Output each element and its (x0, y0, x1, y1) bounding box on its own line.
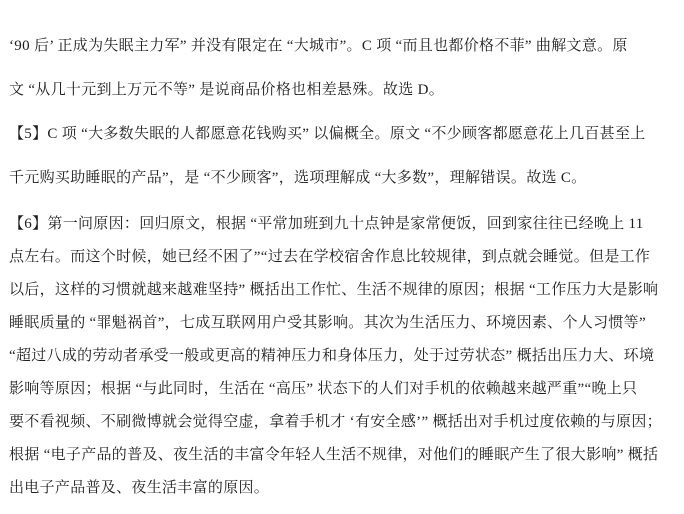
text-line: 以后，这样的习惯就越来越难坚持” 概括出工作忙、生活不规律的原因；根据 “工作压… (9, 281, 680, 314)
text-line: 出电子产品普及、夜生活丰富的原因。 (9, 479, 680, 512)
text-line: ‘90 后’ 正成为失眠主力军” 并没有限定在 “大城市”。C 项 “而且也都价… (9, 37, 680, 81)
paragraph-answer-4-continuation: ‘90 后’ 正成为失眠主力军” 并没有限定在 “大城市”。C 项 “而且也都价… (9, 37, 680, 125)
paragraph-answer-5: 【5】C 项 “大多数失眠的人都愿意花钱购买” 以偏概全。原文 “不少顾客都愿意… (9, 125, 680, 213)
text-line: 根据 “电子产品的普及、夜生活的丰富令年轻人生活不规律，对他们的睡眠产生了很大影… (9, 446, 680, 479)
text-line: 千元购买助睡眠的产品”，是 “不少顾客”，选项理解成 “大多数”，理解错误。故选… (9, 169, 680, 213)
text-line: 点左右。而这个时候，她已经不困了”“过去在学校宿舍作息比较规律，到点就会睡觉。但… (9, 248, 680, 281)
text-line: 睡眠质量的 “罪魁祸首”，七成互联网用户受其影响。其次为生活压力、环境因素、个人… (9, 314, 680, 347)
paragraph-answer-6: 【6】第一问原因：回归原文，根据 “平常加班到九十点钟是家常便饭，回到家往往已经… (9, 215, 680, 512)
text-line: 【6】第一问原因：回归原文，根据 “平常加班到九十点钟是家常便饭，回到家往往已经… (9, 215, 680, 248)
text-line: 影响等原因；根据 “与此同时，生活在 “高压” 状态下的人们对手机的依赖越来越严… (9, 380, 680, 413)
text-line: 文 “从几十元到上万元不等” 是说商品价格也相差悬殊。故选 D。 (9, 81, 680, 125)
document-page: ‘90 后’ 正成为失眠主力军” 并没有限定在 “大城市”。C 项 “而且也都价… (0, 0, 684, 514)
text-line: 【5】C 项 “大多数失眠的人都愿意花钱购买” 以偏概全。原文 “不少顾客都愿意… (9, 125, 680, 169)
text-line: “超过八成的劳动者承受一般或更高的精神压力和身体压力，处于过劳状态” 概括出压力… (9, 347, 680, 380)
text-line: 要不看视频、不刷微博就会觉得空虚，拿着手机才 ‘有安全感’” 概括出对手机过度依… (9, 413, 680, 446)
